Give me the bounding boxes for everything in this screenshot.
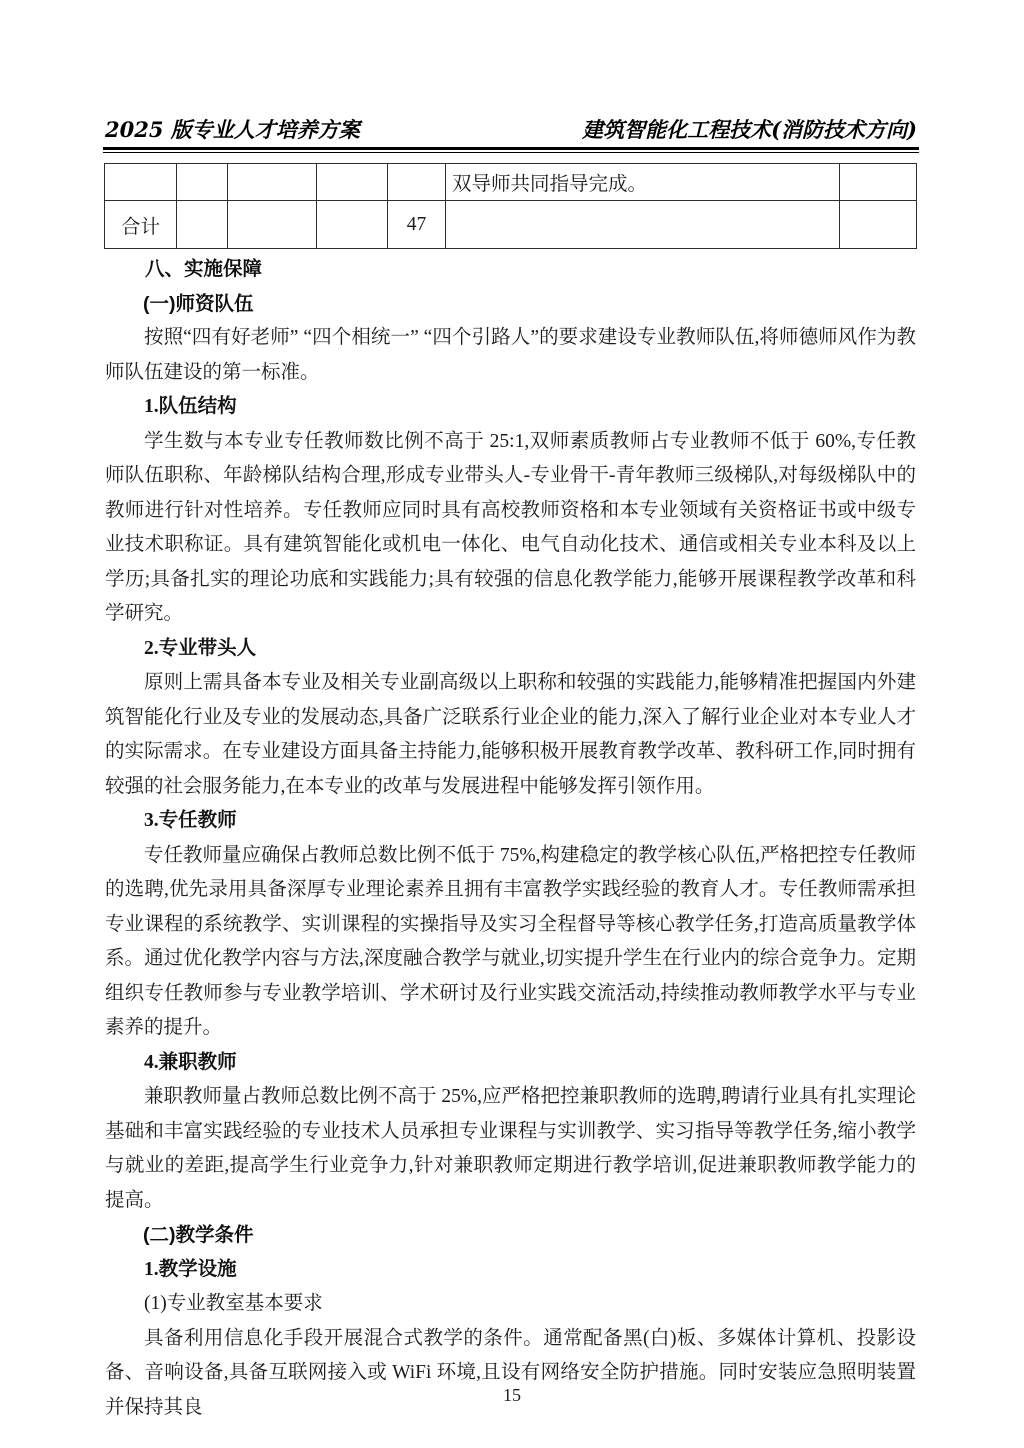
paragraph-team-structure: 学生数与本专业专任教师数比例不高于 25:1,双师素质教师占专业教师不低于 60…	[105, 425, 916, 632]
heading-team-structure: 1.队伍结构	[105, 390, 916, 425]
page-number: 15	[0, 1385, 1024, 1406]
heading-parttime-teachers: 4.兼职教师	[105, 1046, 916, 1081]
heading-program-leader: 2.专业带头人	[105, 632, 916, 667]
table-cell	[105, 164, 177, 201]
paragraph-parttime-teachers: 兼职教师量占教师总数比例不高于 25%,应严格把控兼职教师的选聘,聘请行业具有扎…	[105, 1080, 916, 1218]
header-left-title: 2025 版专业人才培养方案	[105, 117, 360, 143]
table-cell	[840, 201, 917, 249]
table-cell-note: 双导师共同指导完成。	[446, 164, 840, 201]
header-right-title: 建筑智能化工程技术(消防技术方向)	[582, 117, 917, 143]
table-cell	[177, 164, 228, 201]
table-cell	[177, 201, 228, 249]
page-header: 2025 版专业人才培养方案 建筑智能化工程技术(消防技术方向)	[105, 117, 917, 143]
header-double-rule	[103, 147, 919, 153]
table-row: 双导师共同指导完成。	[105, 164, 917, 201]
subsection-heading-teaching-staff: (一)师资队伍	[105, 287, 916, 322]
subsection-heading-teaching-conditions: (二)教学条件	[105, 1218, 916, 1253]
paragraph-program-leader: 原则上需具备本专业及相关专业副高级以上职称和较强的实践能力,能够精准把握国内外建…	[105, 666, 916, 804]
heading-teaching-facilities: 1.教学设施	[105, 1253, 916, 1288]
paragraph-teaching-staff-intro: 按照“四有好老师” “四个相统一” “四个引路人”的要求建设专业教师队伍,将师德…	[105, 321, 916, 390]
document-body: 八、实施保障 (一)师资队伍 按照“四有好老师” “四个相统一” “四个引路人”…	[105, 252, 916, 1425]
heading-classroom-requirements: (1)专业教室基本要求	[105, 1287, 916, 1322]
table-cell	[446, 201, 840, 249]
table-cell	[228, 164, 317, 201]
table-cell	[317, 201, 388, 249]
course-summary-table: 双导师共同指导完成。 合计 47	[104, 163, 917, 249]
paragraph-fulltime-teachers: 专任教师量应确保占教师总数比例不低于 75%,构建稳定的教学核心队伍,严格把控专…	[105, 839, 916, 1046]
table-cell	[228, 201, 317, 249]
table-cell	[317, 164, 388, 201]
heading-fulltime-teachers: 3.专任教师	[105, 804, 916, 839]
table-cell	[388, 164, 446, 201]
table-cell	[840, 164, 917, 201]
table-cell-total-value: 47	[388, 201, 446, 249]
table-cell-total-label: 合计	[105, 201, 177, 249]
document-page: 2025 版专业人才培养方案 建筑智能化工程技术(消防技术方向) 双导师共同指导…	[0, 0, 1024, 1448]
table-row-total: 合计 47	[105, 201, 917, 249]
paragraph-classroom-requirements: 具备利用信息化手段开展混合式教学的条件。通常配备黑(白)板、多媒体计算机、投影设…	[105, 1322, 916, 1426]
section-heading-implementation-guarantee: 八、实施保障	[105, 252, 916, 287]
